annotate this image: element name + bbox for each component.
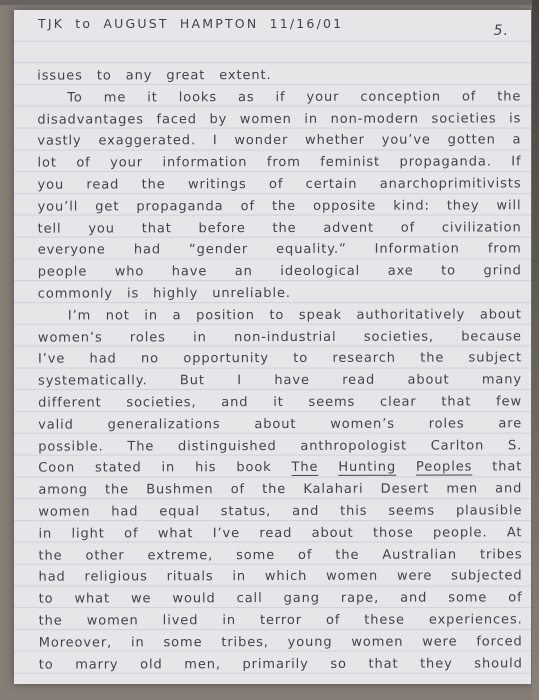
handwritten-line: valid generalizations about women’s role… [38, 413, 522, 436]
line-text: people who have an ideological axe to gr… [38, 264, 522, 280]
line-text: to what we would call gang rape, and som… [39, 590, 523, 606]
line-text: issues to any great extent. [37, 68, 271, 84]
handwritten-line: I’ve had no opportunity to research the … [38, 348, 522, 371]
book-title-word: The [292, 460, 319, 475]
handwritten-line: tell you that before the advent of civil… [38, 217, 522, 240]
line-text: disadvantages faced by women in non-mode… [37, 111, 521, 127]
handwritten-line: I’m not in a position to speak authorita… [38, 304, 522, 327]
handwritten-line: disadvantages faced by women in non-mode… [37, 108, 521, 131]
line-text: valid generalizations about women’s role… [38, 416, 522, 432]
handwritten-line: Moreover, in some tribes, young women we… [39, 631, 523, 654]
handwritten-line: everyone had “gender equality.” Informat… [38, 239, 522, 262]
line-text [318, 460, 338, 475]
line-text: different societies, and it seems clear … [38, 394, 522, 410]
letter-paper: TJK to AUGUST HAMPTON 11/16/01 5. issues… [14, 10, 531, 684]
line-text: tell you that before the advent of civil… [38, 220, 522, 236]
line-text: you read the writings of certain anarcho… [37, 176, 521, 192]
line-text: Coon stated in his book [38, 460, 291, 476]
handwritten-line: had religious rituals in which women wer… [39, 566, 523, 589]
handwritten-line: women’s roles in non-industrial societie… [38, 326, 522, 349]
line-text: women had equal status, and this seems p… [38, 503, 522, 519]
handwritten-line: vastly exaggerated. I wonder whether you… [37, 130, 521, 153]
line-text: women’s roles in non-industrial societie… [38, 329, 522, 345]
line-text: To me it looks as if your conception of … [67, 89, 521, 105]
handwritten-line: commonly is highly unreliable. [38, 282, 522, 305]
handwritten-line: To me it looks as if your conception of … [37, 86, 521, 109]
book-title-word: Peoples [416, 460, 472, 475]
handwritten-line: issues to any great extent. [37, 64, 521, 87]
line-text: you’ll get propaganda of the opposite ki… [38, 198, 522, 214]
handwritten-line: the women lived in terror of these exper… [39, 609, 523, 632]
scanned-letter-page: TJK to AUGUST HAMPTON 11/16/01 5. issues… [0, 0, 539, 700]
line-text: vastly exaggerated. I wonder whether you… [37, 133, 521, 149]
book-title-word: Hunting [338, 460, 396, 475]
line-text: that [472, 460, 522, 475]
page-number: 5. [494, 23, 509, 39]
handwritten-line: to what we would call gang rape, and som… [39, 587, 523, 610]
line-text [396, 460, 416, 475]
line-text: in light of what I’ve read about those p… [38, 525, 522, 541]
line-text: commonly is highly unreliable. [38, 286, 291, 302]
line-text: I’m not in a position to speak authorita… [68, 307, 522, 323]
line-text: lot of your information from feminist pr… [37, 155, 521, 171]
handwritten-line: in light of what I’ve read about those p… [38, 522, 522, 545]
handwritten-line: you read the writings of certain anarcho… [37, 173, 521, 196]
handwritten-line: Coon stated in his book The Hunting Peop… [38, 457, 522, 480]
line-text: to marry old men, primarily so that they… [39, 656, 523, 672]
handwritten-line: to marry old men, primarily so that they… [39, 653, 523, 676]
handwritten-line: you’ll get propaganda of the opposite ki… [38, 195, 522, 218]
handwritten-line: women had equal status, and this seems p… [38, 500, 522, 523]
line-text: everyone had “gender equality.” Informat… [38, 242, 522, 258]
line-text: possible. The distinguished anthropologi… [38, 438, 522, 454]
handwritten-line: different societies, and it seems clear … [38, 391, 522, 414]
letter-body: issues to any great extent.To me it look… [37, 64, 523, 676]
line-text: the other extreme, some of the Australia… [38, 547, 522, 563]
handwritten-line: systematically. But I have read about ma… [38, 370, 522, 393]
handwritten-line: the other extreme, some of the Australia… [38, 544, 522, 567]
line-text: Moreover, in some tribes, young women we… [39, 634, 523, 650]
letter-header: TJK to AUGUST HAMPTON 11/16/01 [38, 16, 343, 31]
line-text: I’ve had no opportunity to research the … [38, 351, 522, 367]
handwritten-line: lot of your information from feminist pr… [37, 152, 521, 175]
handwritten-line: possible. The distinguished anthropologi… [38, 435, 522, 458]
line-text: had religious rituals in which women wer… [39, 569, 523, 585]
handwritten-line: people who have an ideological axe to gr… [38, 261, 522, 284]
handwritten-line: among the Bushmen of the Kalahari Desert… [38, 479, 522, 502]
line-text: systematically. But I have read about ma… [38, 373, 522, 389]
line-text: the women lived in terror of these exper… [39, 612, 523, 628]
line-text: among the Bushmen of the Kalahari Desert… [38, 482, 522, 498]
